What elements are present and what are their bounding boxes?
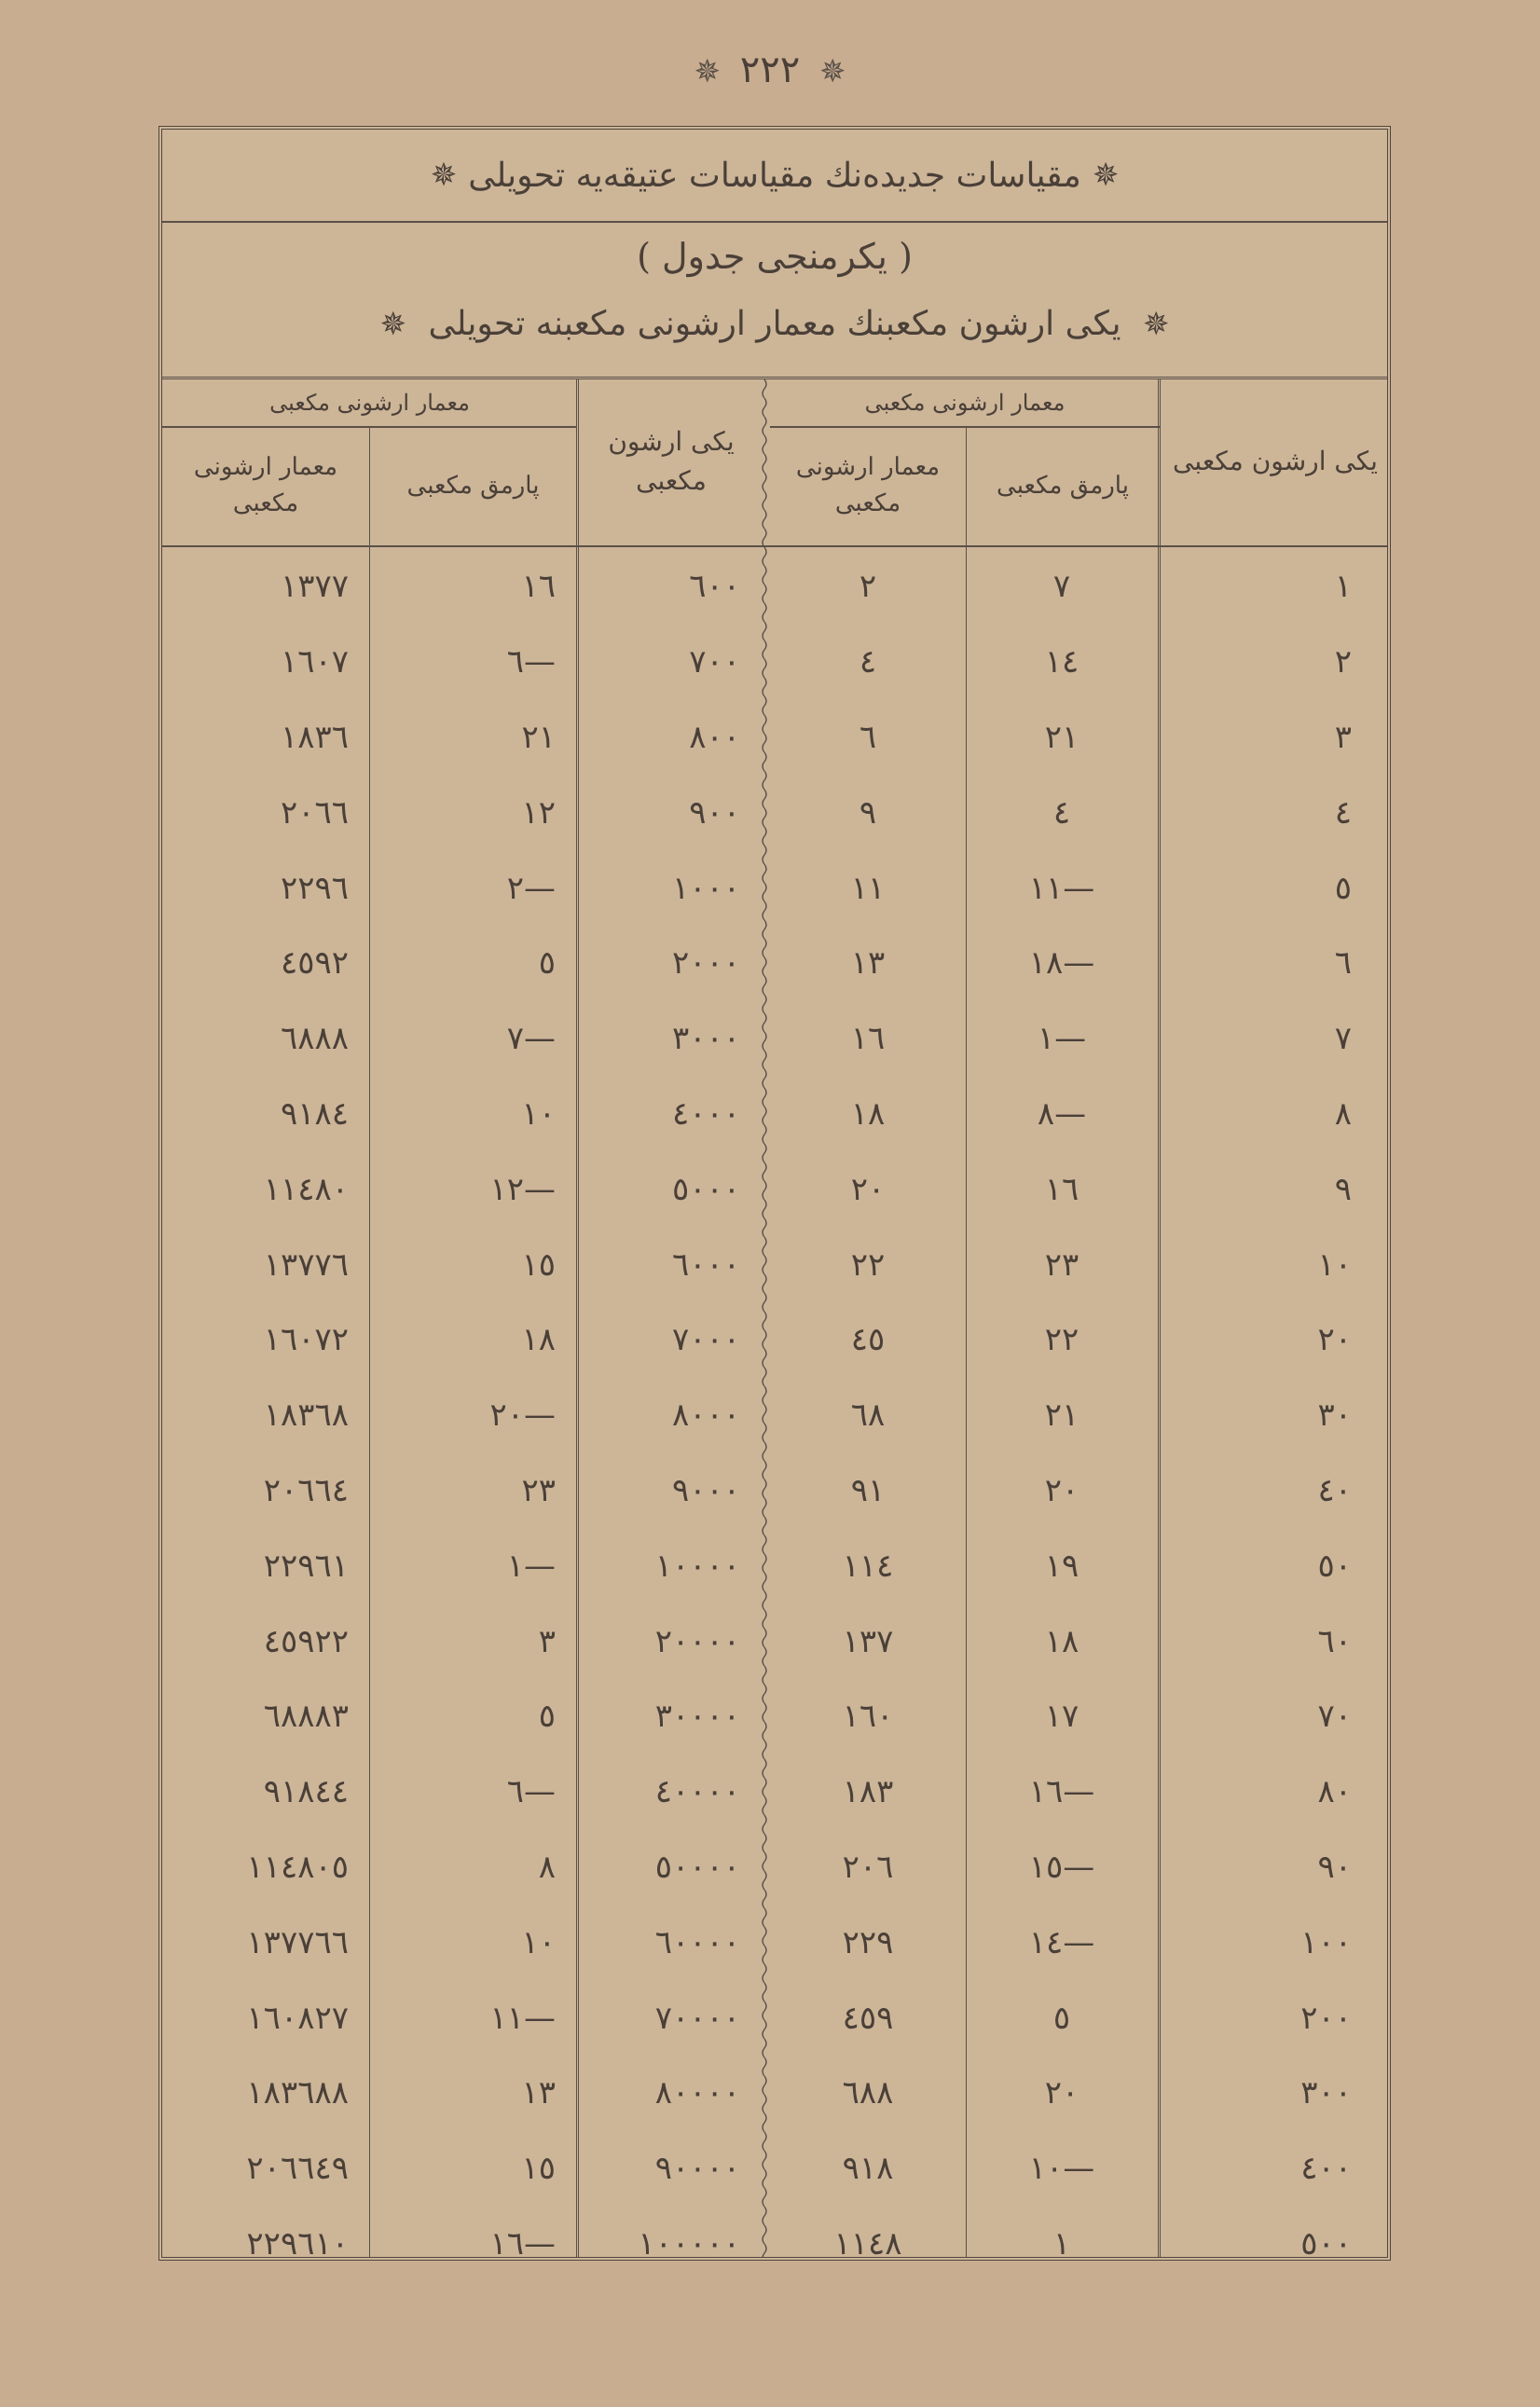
table-row: ٢٠٦٦٤٢٣٩٠٠٠٩١٢٠٤٠ — [162, 1453, 1387, 1529]
ornament-icon: ✵ — [1143, 306, 1170, 343]
header-group-right: معمار ارشونی مکعبی — [770, 379, 1160, 428]
cell-right-parmak: ١ — [966, 2207, 1158, 2282]
cell-left-source: ١٠٠٠٠ — [578, 1528, 761, 1603]
table-row: ١٣٧٧١٦٦٠٠٢٧١ — [162, 549, 1387, 625]
cell-left-arshin: ٢٢٩٦ — [162, 850, 369, 926]
cell-right-source: ٣٠٠ — [1160, 2056, 1389, 2131]
cell-right-arshin: ١٨٣ — [770, 1754, 966, 1830]
cell-left-parmak: ٨ — [369, 1830, 576, 1905]
table-title-text: مقیاسات جدیده‌نك مقیاسات عتیقه‌یه تحویلی — [468, 157, 1081, 195]
table-row: ٢٠٦٦٤٩١٥٩٠٠٠٠٩١٨١٠—٤٠٠ — [162, 2131, 1387, 2207]
cell-left-parmak: ٢٠— — [369, 1378, 576, 1453]
table-row: ٦٨٨٨٣٥٣٠٠٠٠١٦٠١٧٧٠ — [162, 1679, 1387, 1754]
cell-right-parmak: ٢١ — [966, 1378, 1158, 1453]
cell-left-arshin: ٦٨٨٨ — [162, 1001, 369, 1077]
cell-left-source: ١٠٠٠٠٠ — [578, 2207, 761, 2282]
table-row: ٩١٨٤١٠٤٠٠٠١٨٨—٨ — [162, 1077, 1387, 1152]
cell-left-arshin: ١٣٧٧ — [162, 549, 369, 625]
cell-left-parmak: ٢١ — [369, 700, 576, 776]
cell-left-arshin: ٩١٨٤ — [162, 1077, 369, 1152]
cell-right-parmak: ١٥— — [966, 1830, 1158, 1905]
cell-left-parmak: ٦— — [369, 625, 576, 700]
cell-right-source: ٤ — [1160, 775, 1389, 850]
cell-left-source: ٤٠٠٠ — [578, 1077, 761, 1152]
table-row: ٢٢٩٦١١—١٠٠٠٠١١٤١٩٥٠ — [162, 1528, 1387, 1603]
cell-left-parmak: ١٦— — [369, 2207, 576, 2282]
table-row: ١٦٠٧٦—٧٠٠٤١٤٢ — [162, 625, 1387, 700]
table-description-text: یکی ارشون مکعبنك معمار ارشونی مکعبنه تحو… — [428, 305, 1121, 343]
cell-left-parmak: ١٦ — [369, 549, 576, 625]
cell-right-source: ٤٠٠ — [1160, 2131, 1389, 2207]
table-row: ١١٤٨٠١٢—٥٠٠٠٢٠١٦٩ — [162, 1151, 1387, 1227]
table-row: ٢٢٩٦٢—١٠٠٠١١١١—٥ — [162, 850, 1387, 926]
cell-right-parmak: ٢٠ — [966, 1453, 1158, 1529]
cell-left-arshin: ٢٠٦٦٤٩ — [162, 2131, 369, 2207]
header-source-left: یکی ارشون مکعبی — [580, 379, 763, 543]
cell-left-source: ٩٠٠٠ — [578, 1453, 761, 1529]
cell-right-arshin: ٦٨ — [770, 1378, 966, 1453]
cell-left-parmak: ١٨ — [369, 1302, 576, 1378]
cell-left-parmak: ٢٣ — [369, 1453, 576, 1529]
cell-left-parmak: ١٠ — [369, 1905, 576, 1980]
cell-left-arshin: ١٨٣٦ — [162, 700, 369, 776]
cell-right-parmak: ٢٣ — [966, 1227, 1158, 1302]
table-row: ١٦٠٧٢١٨٧٠٠٠٤٥٢٢٢٠ — [162, 1302, 1387, 1378]
cell-left-arshin: ٢٠٦٦ — [162, 775, 369, 850]
cell-left-source: ٩٠٠٠٠ — [578, 2131, 761, 2207]
table-row: ١٣٧٧٦٦١٠٦٠٠٠٠٢٢٩١٤—١٠٠ — [162, 1905, 1387, 1980]
cell-left-arshin: ١٦٠٨٢٧ — [162, 1980, 369, 2056]
cell-left-source: ٢٠٠٠٠ — [578, 1603, 761, 1679]
column-headers: یکی ارشون مکعبی معمار ارشونی مکعبی پارمق… — [162, 379, 1387, 547]
cell-left-source: ٢٠٠٠ — [578, 926, 761, 1001]
cell-right-source: ٣ — [1160, 700, 1389, 776]
ornament-icon: ✵ — [1093, 157, 1120, 194]
cell-left-arshin: ٢٠٦٦٤ — [162, 1453, 369, 1529]
cell-left-arshin: ١١٤٨٠ — [162, 1151, 369, 1227]
cell-left-source: ٩٠٠ — [578, 775, 761, 850]
cell-right-parmak: ٢٢ — [966, 1302, 1158, 1378]
cell-left-arshin: ١٨٣٦٨ — [162, 1378, 369, 1453]
cell-left-source: ١٠٠٠ — [578, 850, 761, 926]
cell-right-arshin: ٦٨٨ — [770, 2056, 966, 2131]
cell-left-arshin: ١٣٧٧٦ — [162, 1227, 369, 1302]
cell-left-source: ٧٠٠٠ — [578, 1302, 761, 1378]
cell-right-source: ٨ — [1160, 1077, 1389, 1152]
table-row: ١٨٣٦٨٢٠—٨٠٠٠٦٨٢١٣٠ — [162, 1378, 1387, 1453]
cell-right-source: ١٠٠ — [1160, 1905, 1389, 1980]
cell-right-source: ٢٠ — [1160, 1302, 1389, 1378]
table-row: ٢٠٦٦١٢٩٠٠٩٤٤ — [162, 775, 1387, 850]
cell-right-source: ١ — [1160, 549, 1389, 625]
ornament-icon: ✵ — [431, 157, 458, 194]
table-body: ١٣٧٧١٦٦٠٠٢٧١١٦٠٧٦—٧٠٠٤١٤٢١٨٣٦٢١٨٠٠٦٢١٣٢٠… — [162, 549, 1387, 2281]
cell-left-arshin: ٤٥٩٢٢ — [162, 1603, 369, 1679]
table-row: ١٣٧٧٦١٥٦٠٠٠٢٢٢٣١٠ — [162, 1227, 1387, 1302]
cell-right-parmak: ١— — [966, 1001, 1158, 1077]
cell-right-parmak: ٨— — [966, 1077, 1158, 1152]
cell-right-source: ٩ — [1160, 1151, 1389, 1227]
cell-left-parmak: ١٢— — [369, 1151, 576, 1227]
cell-left-parmak: ١٥ — [369, 1227, 576, 1302]
cell-left-source: ٤٠٠٠٠ — [578, 1754, 761, 1830]
cell-left-parmak: ٧— — [369, 1001, 576, 1077]
cell-left-source: ٧٠٠ — [578, 625, 761, 700]
cell-right-parmak: ١٠— — [966, 2131, 1158, 2207]
cell-left-arshin: ٤٥٩٢ — [162, 926, 369, 1001]
cell-left-arshin: ٢٢٩٦١ — [162, 1528, 369, 1603]
header-arshin-right: معمار ارشونی مکعبی — [770, 428, 966, 543]
table-title: ✵ مقیاسات جدیده‌نك مقیاسات عتیقه‌یه تحوی… — [162, 130, 1387, 223]
cell-right-parmak: ١٤ — [966, 625, 1158, 700]
cell-left-arshin: ٢٢٩٦١٠ — [162, 2207, 369, 2282]
cell-right-parmak: ١٨ — [966, 1603, 1158, 1679]
page-number: ✵ ٢٢٢ ✵ — [0, 48, 1540, 91]
ornament-icon: ✵ — [694, 53, 722, 90]
cell-left-source: ٦٠٠ — [578, 549, 761, 625]
table-row: ٢٢٩٦١٠١٦—١٠٠٠٠٠١١٤٨١٥٠٠ — [162, 2207, 1387, 2282]
cell-right-parmak: ١٦ — [966, 1151, 1158, 1227]
header-parmak-right: پارمق مکعبی — [966, 428, 1160, 543]
cell-right-parmak: ١٤— — [966, 1905, 1158, 1980]
cell-left-arshin: ١٨٣٦٨٨ — [162, 2056, 369, 2131]
cell-left-parmak: ١٥ — [369, 2131, 576, 2207]
cell-left-source: ٨٠٠٠ — [578, 1378, 761, 1453]
cell-left-parmak: ٥ — [369, 926, 576, 1001]
table-row: ٦٨٨٨٧—٣٠٠٠١٦١—٧ — [162, 1001, 1387, 1077]
cell-right-arshin: ٤٥٩ — [770, 1980, 966, 2056]
table-row: ١٦٠٨٢٧١١—٧٠٠٠٠٤٥٩٥٢٠٠ — [162, 1980, 1387, 2056]
cell-right-source: ٧ — [1160, 1001, 1389, 1077]
cell-right-source: ٣٠ — [1160, 1378, 1389, 1453]
cell-left-source: ٦٠٠٠ — [578, 1227, 761, 1302]
ornament-icon: ✵ — [819, 53, 846, 90]
cell-left-arshin: ٦٨٨٨٣ — [162, 1679, 369, 1754]
cell-right-source: ٥ — [1160, 850, 1389, 926]
header-parmak-left: پارمق مکعبی — [369, 428, 577, 543]
cell-right-source: ٥٠٠ — [1160, 2207, 1389, 2282]
page-number-value: ٢٢٢ — [740, 48, 800, 91]
cell-right-arshin: ٦ — [770, 700, 966, 776]
cell-right-source: ٨٠ — [1160, 1754, 1389, 1830]
cell-right-parmak: ٤ — [966, 775, 1158, 850]
cell-left-parmak: ١٠ — [369, 1077, 576, 1152]
header-source-right: یکی ارشون مکعبی — [1162, 379, 1389, 543]
cell-right-arshin: ١٦ — [770, 1001, 966, 1077]
cell-left-arshin: ١٦٠٧ — [162, 625, 369, 700]
cell-right-arshin: ١١٤٨ — [770, 2207, 966, 2282]
cell-left-source: ٣٠٠٠٠ — [578, 1679, 761, 1754]
cell-left-source: ٨٠٠٠٠ — [578, 2056, 761, 2131]
cell-right-source: ٦ — [1160, 926, 1389, 1001]
cell-right-arshin: ٩١٨ — [770, 2131, 966, 2207]
subtitle-block: ( یکرمنجی جدول ) ✵ یکی ارشون مکعبنك معما… — [162, 223, 1387, 379]
cell-right-parmak: ٧ — [966, 549, 1158, 625]
cell-left-arshin: ١١٤٨٠٥ — [162, 1830, 369, 1905]
cell-right-parmak: ٢٠ — [966, 2056, 1158, 2131]
cell-right-parmak: ١٨— — [966, 926, 1158, 1001]
table-number-label: ( یکرمنجی جدول ) — [162, 236, 1387, 277]
table-row: ١١٤٨٠٥٨٥٠٠٠٠٢٠٦١٥—٩٠ — [162, 1830, 1387, 1905]
table-row: ١٨٣٦٢١٨٠٠٦٢١٣ — [162, 700, 1387, 776]
cell-right-arshin: ١٦٠ — [770, 1679, 966, 1754]
header-arshin-left: معمار ارشونی مکعبی — [162, 428, 369, 543]
cell-right-arshin: ١١ — [770, 850, 966, 926]
cell-right-arshin: ١٣ — [770, 926, 966, 1001]
cell-left-source: ٦٠٠٠٠ — [578, 1905, 761, 1980]
cell-left-parmak: ٢— — [369, 850, 576, 926]
ornament-icon: ✵ — [379, 306, 406, 343]
cell-right-parmak: ١١— — [966, 850, 1158, 926]
cell-left-source: ٣٠٠٠ — [578, 1001, 761, 1077]
cell-right-source: ٦٠ — [1160, 1603, 1389, 1679]
cell-right-arshin: ١٣٧ — [770, 1603, 966, 1679]
cell-left-parmak: ١— — [369, 1528, 576, 1603]
cell-right-parmak: ١٦— — [966, 1754, 1158, 1830]
cell-left-arshin: ٩١٨٤٤ — [162, 1754, 369, 1830]
cell-right-arshin: ٢٠٦ — [770, 1830, 966, 1905]
table-row: ٩١٨٤٤٦—٤٠٠٠٠١٨٣١٦—٨٠ — [162, 1754, 1387, 1830]
cell-right-arshin: ٢ — [770, 549, 966, 625]
cell-left-arshin: ١٣٧٧٦٦ — [162, 1905, 369, 1980]
cell-right-arshin: ٤ — [770, 625, 966, 700]
table-row: ١٨٣٦٨٨١٣٨٠٠٠٠٦٨٨٢٠٣٠٠ — [162, 2056, 1387, 2131]
cell-right-arshin: ٢٢٩ — [770, 1905, 966, 1980]
conversion-table: ✵ مقیاسات جدیده‌نك مقیاسات عتیقه‌یه تحوی… — [158, 126, 1391, 2261]
table-row: ٤٥٩٢٢٣٢٠٠٠٠١٣٧١٨٦٠ — [162, 1603, 1387, 1679]
cell-right-arshin: ٢٠ — [770, 1151, 966, 1227]
cell-right-arshin: ٩ — [770, 775, 966, 850]
cell-right-source: ٩٠ — [1160, 1830, 1389, 1905]
cell-right-arshin: ١٨ — [770, 1077, 966, 1152]
table-row: ٤٥٩٢٥٢٠٠٠١٣١٨—٦ — [162, 926, 1387, 1001]
cell-left-source: ٧٠٠٠٠ — [578, 1980, 761, 2056]
cell-right-parmak: ١٩ — [966, 1528, 1158, 1603]
cell-right-source: ٢ — [1160, 625, 1389, 700]
cell-right-parmak: ١٧ — [966, 1679, 1158, 1754]
cell-left-source: ٥٠٠٠ — [578, 1151, 761, 1227]
cell-right-source: ٥٠ — [1160, 1528, 1389, 1603]
cell-right-source: ٢٠٠ — [1160, 1980, 1389, 2056]
cell-left-parmak: ٥ — [369, 1679, 576, 1754]
cell-right-source: ٧٠ — [1160, 1679, 1389, 1754]
cell-left-parmak: ١٢ — [369, 775, 576, 850]
cell-right-arshin: ٤٥ — [770, 1302, 966, 1378]
cell-left-parmak: ٣ — [369, 1603, 576, 1679]
cell-right-parmak: ٥ — [966, 1980, 1158, 2056]
cell-right-source: ٤٠ — [1160, 1453, 1389, 1529]
header-group-left: معمار ارشونی مکعبی — [162, 379, 577, 428]
cell-left-parmak: ٦— — [369, 1754, 576, 1830]
cell-left-source: ٨٠٠ — [578, 700, 761, 776]
cell-left-parmak: ١٣ — [369, 2056, 576, 2131]
cell-right-arshin: ١١٤ — [770, 1528, 966, 1603]
cell-right-parmak: ٢١ — [966, 700, 1158, 776]
table-description: ✵ یکی ارشون مکعبنك معمار ارشونی مکعبنه ت… — [162, 305, 1387, 343]
cell-right-arshin: ٩١ — [770, 1453, 966, 1529]
cell-left-arshin: ١٦٠٧٢ — [162, 1302, 369, 1378]
cell-right-arshin: ٢٢ — [770, 1227, 966, 1302]
cell-left-parmak: ١١— — [369, 1980, 576, 2056]
cell-left-source: ٥٠٠٠٠ — [578, 1830, 761, 1905]
cell-right-source: ١٠ — [1160, 1227, 1389, 1302]
